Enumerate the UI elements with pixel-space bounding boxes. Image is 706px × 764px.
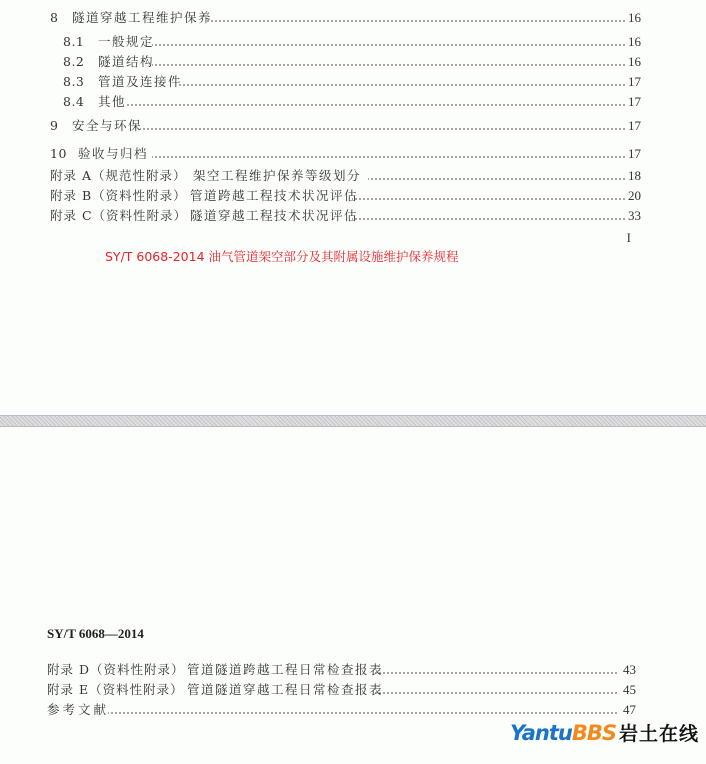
document-page-bottom: SY/T 6068—2014 附录 D（资料性附录） 管道隧道跨越工程日常检查报… xyxy=(0,427,706,764)
toc-number: 8.1 xyxy=(63,33,84,51)
toc-dot-leader xyxy=(352,198,626,200)
toc-dot-leader xyxy=(352,218,626,220)
toc-page-number: 43 xyxy=(616,661,636,679)
watermark-yantu-text: Yantu xyxy=(510,721,572,745)
toc-title: 其他 xyxy=(98,93,126,111)
toc-page-number: 47 xyxy=(616,701,636,719)
toc-entry-appendix-e[interactable]: 附录 E（资料性附录） 管道隧道穿越工程日常检查报表 45 xyxy=(0,681,706,699)
toc-page-number: 33 xyxy=(621,207,641,225)
toc-dot-leader xyxy=(152,64,626,66)
toc-number: 8.3 xyxy=(63,73,84,91)
toc-entry-appendix-c[interactable]: 附录 C（资料性附录） 隧道穿越工程技术状况评估 33 xyxy=(0,207,706,225)
toc-page-number: 16 xyxy=(621,9,641,27)
toc-dot-leader xyxy=(206,20,626,22)
toc-dot-leader xyxy=(108,712,618,714)
toc-entry-8-1[interactable]: 8.1 一般规定 16 xyxy=(0,33,706,51)
toc-entry-8[interactable]: 8 隧道穿越工程维护保养 16 xyxy=(0,9,706,27)
toc-title: 隧道穿越工程维护保养 xyxy=(72,9,212,27)
toc-page-number: 17 xyxy=(621,73,641,91)
watermark-chinese-text: 岩土在线 xyxy=(619,723,699,745)
toc-title: 验收与归档 xyxy=(78,145,148,163)
toc-title: 管道隧道跨越工程日常检查报表 xyxy=(187,661,383,679)
toc-page-number: 18 xyxy=(621,167,641,185)
document-caption-link[interactable]: SY/T 6068-2014 油气管道架空部分及其附属设施维护保养规程 xyxy=(105,247,459,265)
toc-title: 一般规定 xyxy=(98,33,154,51)
toc-number: 9 xyxy=(50,117,58,135)
toc-entry-8-2[interactable]: 8.2 隧道结构 16 xyxy=(0,53,706,71)
toc-title: 架空工程维护保养等级划分 xyxy=(193,167,361,185)
toc-page-number: 45 xyxy=(616,681,636,699)
toc-dot-leader xyxy=(140,128,626,130)
toc-entry-appendix-a[interactable]: 附录 A（规范性附录） 架空工程维护保养等级划分 18 xyxy=(0,167,706,185)
toc-number: 参考文献 xyxy=(47,701,109,719)
toc-title: 安全与环保 xyxy=(72,117,142,135)
toc-number: 附录 A（规范性附录） xyxy=(50,167,187,185)
toc-title: 管道跨越工程技术状况评估 xyxy=(190,187,358,205)
toc-dot-leader xyxy=(152,156,626,158)
toc-title: 隧道穿越工程技术状况评估 xyxy=(190,207,358,225)
toc-entry-10[interactable]: 10 验收与归档 17 xyxy=(0,145,706,163)
standard-number-header: SY/T 6068—2014 xyxy=(47,626,144,642)
toc-page-number: 17 xyxy=(621,93,641,111)
toc-number: 附录 E（资料性附录） xyxy=(47,681,184,699)
toc-entry-8-4[interactable]: 8.4 其他 17 xyxy=(0,93,706,111)
toc-number: 8 xyxy=(50,9,58,27)
toc-number: 附录 B（资料性附录） xyxy=(50,187,187,205)
toc-page-number: 17 xyxy=(621,117,641,135)
yantubbs-watermark-logo: YantuBBS岩土在线 xyxy=(510,720,699,746)
toc-title: 管道隧道穿越工程日常检查报表 xyxy=(187,681,383,699)
toc-page-number: 17 xyxy=(621,145,641,163)
toc-number: 8.4 xyxy=(63,93,84,111)
toc-dot-leader xyxy=(152,44,626,46)
toc-number: 附录 D（资料性附录） xyxy=(47,661,185,679)
toc-entry-8-3[interactable]: 8.3 管道及连接件 17 xyxy=(0,73,706,91)
toc-entry-appendix-d[interactable]: 附录 D（资料性附录） 管道隧道跨越工程日常检查报表 43 xyxy=(0,661,706,679)
toc-page-number: 16 xyxy=(621,33,641,51)
toc-title: 管道及连接件 xyxy=(98,73,182,91)
toc-entry-references[interactable]: 参考文献 47 xyxy=(0,701,706,719)
toc-number: 附录 C（资料性附录） xyxy=(50,207,187,225)
toc-number: 8.2 xyxy=(63,53,84,71)
page-folio-number: I xyxy=(627,230,631,246)
toc-entry-appendix-b[interactable]: 附录 B（资料性附录） 管道跨越工程技术状况评估 20 xyxy=(0,187,706,205)
toc-dot-leader xyxy=(375,692,618,694)
toc-number: 10 xyxy=(50,145,67,163)
toc-dot-leader xyxy=(125,104,626,106)
page-separator xyxy=(0,415,706,427)
toc-dot-leader xyxy=(375,672,618,674)
document-page-top: 8 隧道穿越工程维护保养 16 8.1 一般规定 16 8.2 隧道结构 16 … xyxy=(0,0,706,415)
watermark-bbs-text: BBS xyxy=(572,721,616,745)
toc-dot-leader xyxy=(368,178,626,180)
toc-page-number: 20 xyxy=(621,187,641,205)
toc-page-number: 16 xyxy=(621,53,641,71)
toc-entry-9[interactable]: 9 安全与环保 17 xyxy=(0,117,706,135)
toc-title: 隧道结构 xyxy=(98,53,154,71)
toc-dot-leader xyxy=(178,84,626,86)
